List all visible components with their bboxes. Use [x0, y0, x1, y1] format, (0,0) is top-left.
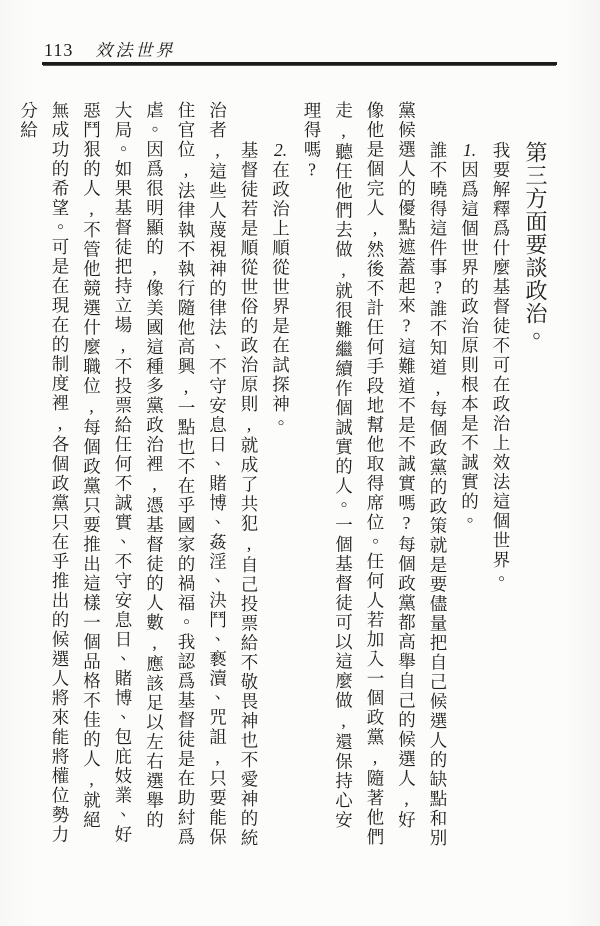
paragraph-point-2: 2.在政治上順從世界是在試探神。 — [264, 101, 296, 849]
section-heading: 第三方面要談政治。 — [516, 101, 554, 849]
book-page: 113 效法世界 第三方面要談政治。 我要解釋爲什麼基督徒不可在政治上效法這個世… — [0, 0, 600, 926]
paragraph-intro: 我要解釋爲什麼基督徒不可在政治上效法這個世界。 — [485, 101, 517, 849]
page-number: 113 — [44, 40, 73, 61]
paragraph-point-1: 1.因爲這個世界的政治原則根本是不誠實的。 — [453, 101, 485, 849]
header-rule — [42, 62, 557, 65]
page-header: 113 效法世界 — [44, 36, 175, 61]
list-number-1: 1. — [460, 141, 480, 161]
running-title: 效法世界 — [95, 36, 175, 61]
body-text: 第三方面要談政治。 我要解釋爲什麼基督徒不可在政治上效法這個世界。 1.因爲這個… — [12, 101, 554, 849]
list-number-2: 2. — [271, 141, 291, 161]
paragraph-point-1-text: 因爲這個世界的政治原則根本是不誠實的。 — [460, 161, 480, 532]
paragraph-point-2-text: 在政治上順從世界是在試探神。 — [271, 161, 291, 434]
paragraph-body-1: 誰不曉得這件事?誰不知道,每個政黨的政策就是要儘量把自己候選人的缺點和別黨候選人… — [296, 101, 454, 849]
paragraph-body-2: 基督徒若是順從世俗的政治原則,就成了共犯,自己投票給不敬畏神也不愛神的統治者,這… — [12, 101, 264, 849]
